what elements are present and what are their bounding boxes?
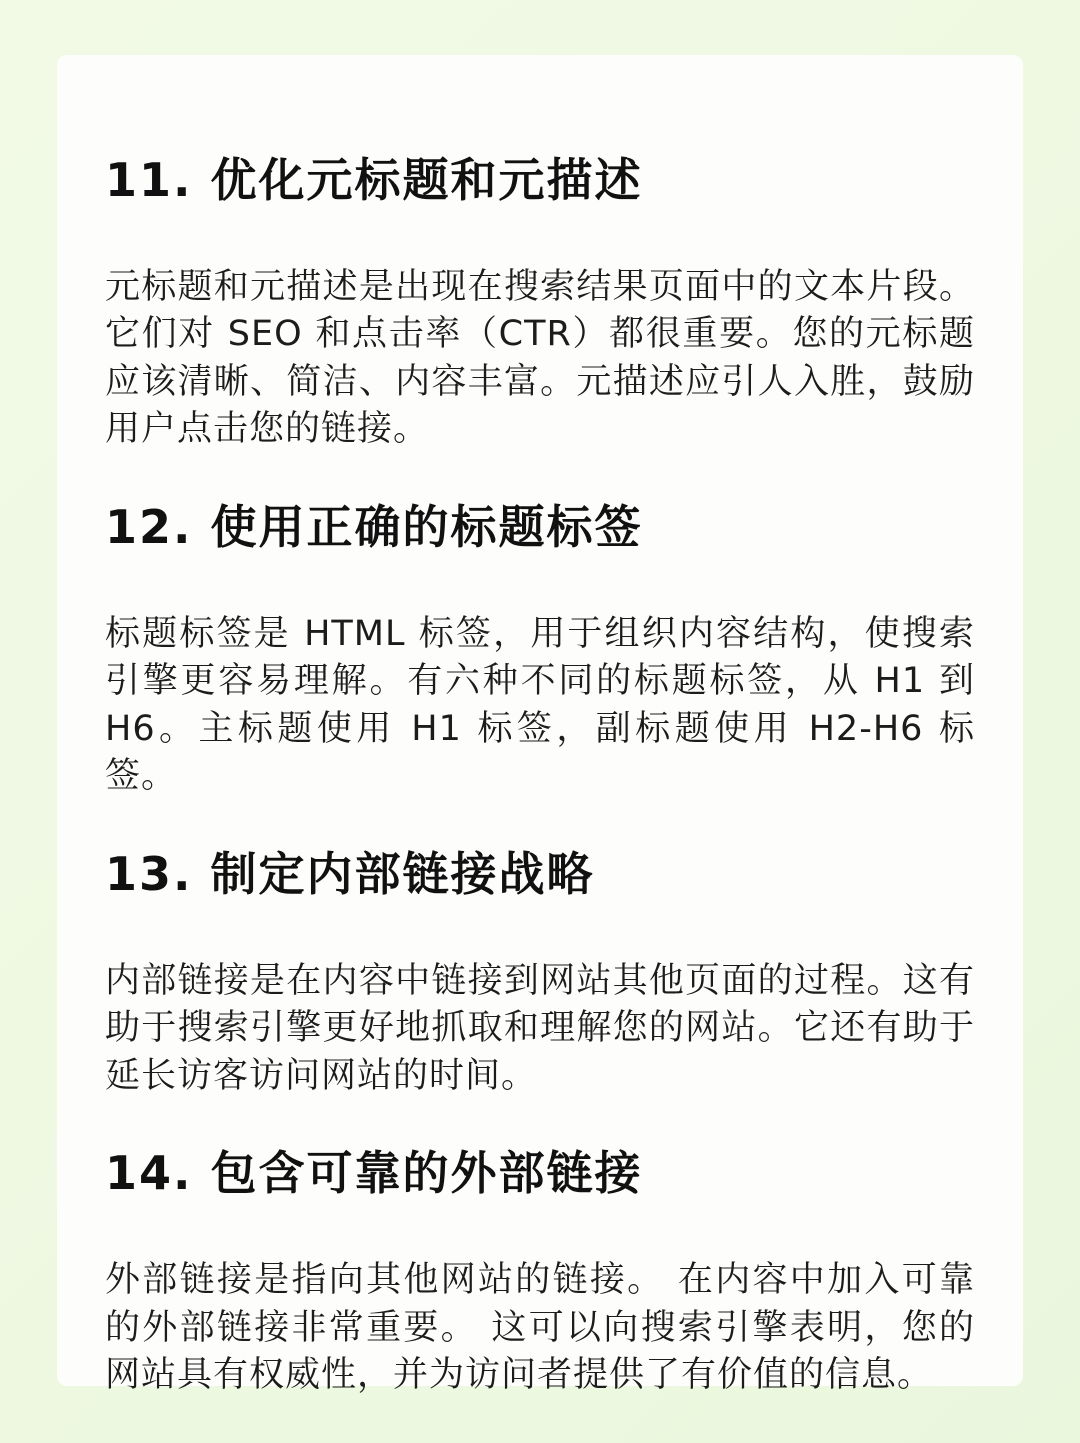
section-body: 元标题和元描述是出现在搜索结果页面中的文本片段。它们对 SEO 和点击率（CTR… [105,264,975,454]
section-14: 14. 包含可靠的外部链接 外部链接是指向其他网站的链接。 在内容中加入可靠的外… [105,1148,975,1399]
page-background: 11. 优化元标题和元描述 元标题和元描述是出现在搜索结果页面中的文本片段。它们… [0,0,1080,1443]
section-title: 12. 使用正确的标题标签 [105,502,975,553]
section-title: 13. 制定内部链接战略 [105,849,975,900]
section-title: 11. 优化元标题和元描述 [105,155,975,206]
section-11: 11. 优化元标题和元描述 元标题和元描述是出现在搜索结果页面中的文本片段。它们… [105,155,975,454]
section-13: 13. 制定内部链接战略 内部链接是在内容中链接到网站其他页面的过程。这有助于搜… [105,849,975,1100]
section-title: 14. 包含可靠的外部链接 [105,1148,975,1199]
content-card: 11. 优化元标题和元描述 元标题和元描述是出现在搜索结果页面中的文本片段。它们… [57,55,1023,1386]
section-body: 标题标签是 HTML 标签，用于组织内容结构，使搜索引擎更容易理解。有六种不同的… [105,611,975,801]
section-12: 12. 使用正确的标题标签 标题标签是 HTML 标签，用于组织内容结构，使搜索… [105,502,975,801]
section-body: 外部链接是指向其他网站的链接。 在内容中加入可靠的外部链接非常重要。 这可以向搜… [105,1257,975,1400]
section-body: 内部链接是在内容中链接到网站其他页面的过程。这有助于搜索引擎更好地抓取和理解您的… [105,958,975,1101]
